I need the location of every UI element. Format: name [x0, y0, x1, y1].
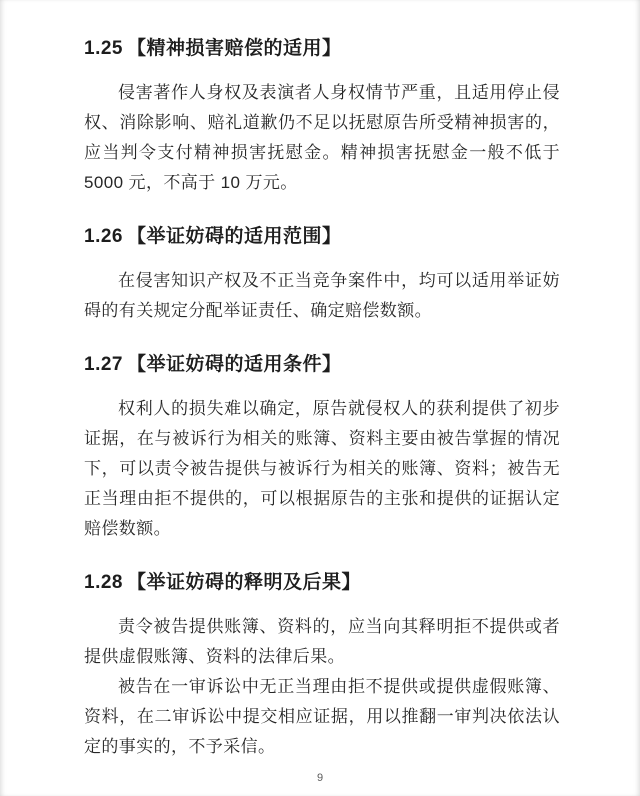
- paragraph: 责令被告提供账簿、资料的，应当向其释明拒不提供或者提供虚假账簿、资料的法律后果。: [84, 612, 560, 672]
- section-heading: 1.28【举证妨碍的释明及后果】: [84, 568, 560, 598]
- section-1-26: 1.26【举证妨碍的适用范围】 在侵害知识产权及不正当竞争案件中，均可以适用举证…: [84, 222, 560, 326]
- section-title: 【举证妨碍的释明及后果】: [127, 572, 361, 593]
- section-number: 1.25: [84, 38, 123, 59]
- section-title: 【举证妨碍的适用范围】: [127, 226, 342, 247]
- section-number: 1.28: [84, 572, 123, 593]
- page-number: 9: [0, 772, 640, 784]
- document-page: 1.25【精神损害赔偿的适用】 侵害著作人身权及表演者人身权情节严重，且适用停止…: [0, 0, 640, 796]
- section-heading: 1.26【举证妨碍的适用范围】: [84, 222, 560, 252]
- paragraph: 权利人的损失难以确定，原告就侵权人的获利提供了初步证据，在与被诉行为相关的账簿、…: [84, 394, 560, 544]
- paragraph: 在侵害知识产权及不正当竞争案件中，均可以适用举证妨碍的有关规定分配举证责任、确定…: [84, 266, 560, 326]
- section-heading: 1.25【精神损害赔偿的适用】: [84, 34, 560, 64]
- paragraph: 侵害著作人身权及表演者人身权情节严重，且适用停止侵权、消除影响、赔礼道歉仍不足以…: [84, 78, 560, 198]
- section-1-25: 1.25【精神损害赔偿的适用】 侵害著作人身权及表演者人身权情节严重，且适用停止…: [84, 34, 560, 198]
- section-title: 【精神损害赔偿的适用】: [127, 38, 342, 59]
- section-title: 【举证妨碍的适用条件】: [127, 354, 342, 375]
- section-heading: 1.27【举证妨碍的适用条件】: [84, 350, 560, 380]
- document-content: 1.25【精神损害赔偿的适用】 侵害著作人身权及表演者人身权情节严重，且适用停止…: [0, 0, 640, 762]
- section-number: 1.26: [84, 226, 123, 247]
- paragraph: 被告在一审诉讼中无正当理由拒不提供或提供虚假账簿、资料，在二审诉讼中提交相应证据…: [84, 672, 560, 762]
- section-1-28: 1.28【举证妨碍的释明及后果】 责令被告提供账簿、资料的，应当向其释明拒不提供…: [84, 568, 560, 762]
- section-1-27: 1.27【举证妨碍的适用条件】 权利人的损失难以确定，原告就侵权人的获利提供了初…: [84, 350, 560, 544]
- section-number: 1.27: [84, 354, 123, 375]
